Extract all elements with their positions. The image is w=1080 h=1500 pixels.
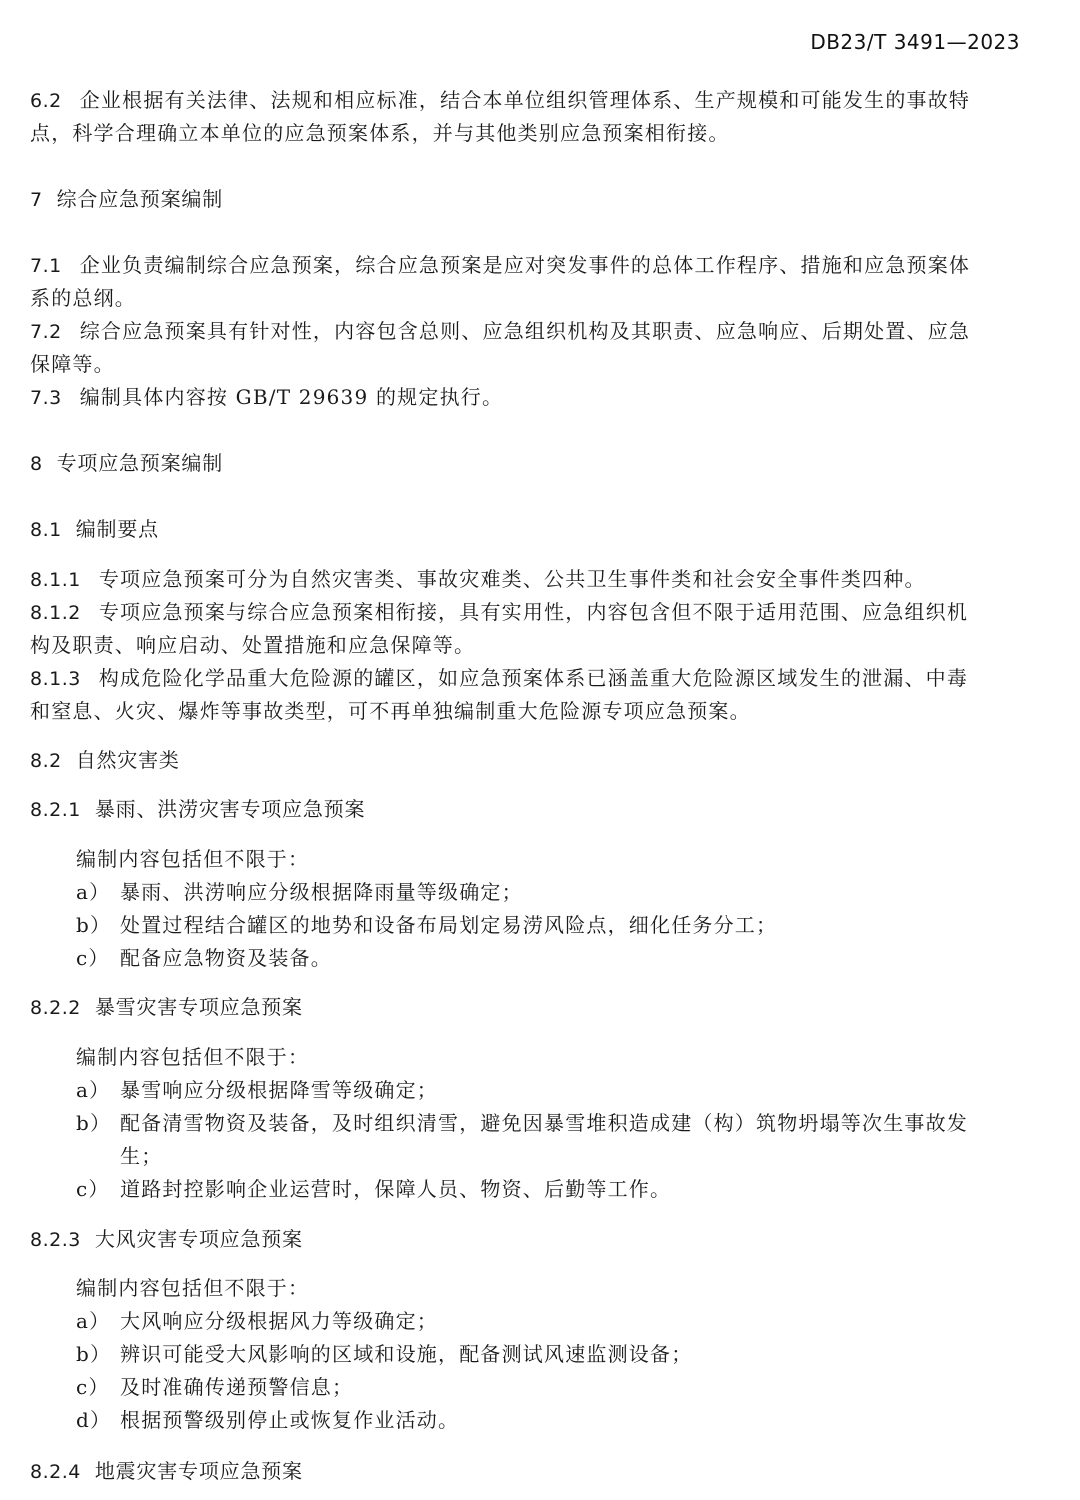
intro-text: 编制内容包括但不限于： [76,1041,309,1074]
list-item-text: 根据预警级别停止或恢复作业活动。 [120,1408,459,1432]
list-marker: a） [76,1074,120,1107]
clause-8-1-2-cont: 构及职责、响应启动、处置措施和应急保障等。 [30,629,475,662]
section-heading-8-2-4: 8.2.4地震灾害专项应急预案 [30,1455,303,1489]
clause-7-2: 7.2综合应急预案具有针对性，内容包含总则、应急组织机构及其职责、应急响应、后期… [30,315,970,349]
clause-7-1: 7.1企业负责编制综合应急预案，综合应急预案是应对突发事件的总体工作程序、措施和… [30,249,970,283]
list-item: b）配备清雪物资及装备，及时组织清雪，避免因暴雪堆积造成建（构）筑物坍塌等次生事… [76,1107,968,1140]
section-number: 8.2.3 [30,1224,81,1257]
section-title: 大风灾害专项应急预案 [95,1227,303,1251]
clause-number: 7.2 [30,316,62,349]
list-item-text: 道路封控影响企业运营时，保障人员、物资、后勤等工作。 [120,1177,671,1201]
clause-7-1-cont: 系的总纲。 [30,282,136,315]
section-heading-8-2: 8.2自然灾害类 [30,744,180,778]
clause-6-2-cont: 点，科学合理确立本单位的应急预案体系，并与其他类别应急预案相衔接。 [30,117,730,150]
list-item: b）处置过程结合罐区的地势和设备布局划定易涝风险点，细化任务分工； [76,909,777,942]
section-number: 7 [30,184,43,217]
list-marker: a） [76,876,120,909]
clause-text: 企业根据有关法律、法规和相应标准，结合本单位组织管理体系、生产规模和可能发生的事… [80,88,970,112]
list-item-text: 辨识可能受大风影响的区域和设施，配备测试风速监测设备； [120,1342,692,1366]
intro-text: 编制内容包括但不限于： [76,843,309,876]
list-marker: c） [76,1371,120,1404]
section-heading-8-2-2: 8.2.2暴雪灾害专项应急预案 [30,991,303,1025]
clause-8-1-2: 8.1.2专项应急预案与综合应急预案相衔接，具有实用性，内容包含但不限于适用范围… [30,596,968,630]
clause-number: 7.1 [30,250,62,283]
standard-code: DB23/T 3491—2023 [810,30,1020,54]
section-number: 8.2.2 [30,992,81,1025]
clause-8-1-3-cont: 和窒息、火灾、爆炸等事故类型，可不再单独编制重大危险源专项应急预案。 [30,695,751,728]
list-item-text: 配备应急物资及装备。 [120,946,332,970]
list-marker: c） [76,1173,120,1206]
section-title: 编制要点 [76,517,159,541]
list-marker: b） [76,909,120,942]
list-item: a）大风响应分级根据风力等级确定； [76,1305,438,1338]
clause-text: 构成危险化学品重大危险源的罐区，如应急预案体系已涵盖重大危险源区域发生的泄漏、中… [99,666,968,690]
clause-text: 专项应急预案与综合应急预案相衔接，具有实用性，内容包含但不限于适用范围、应急组织… [99,600,968,624]
clause-number: 8.1.3 [30,663,81,696]
intro-text: 编制内容包括但不限于： [76,1272,309,1305]
section-title: 专项应急预案编制 [57,451,223,475]
list-item: c）及时准确传递预警信息； [76,1371,353,1404]
list-item-text: 及时准确传递预警信息； [120,1375,353,1399]
section-number: 8 [30,448,43,481]
clause-number: 7.3 [30,382,62,415]
clause-number: 8.1.2 [30,597,81,630]
list-item-cont: 生； [120,1140,162,1173]
section-title: 暴雨、洪涝灾害专项应急预案 [95,797,365,821]
list-item-text: 暴雪响应分级根据降雪等级确定； [120,1078,438,1102]
section-number: 8.2.4 [30,1456,81,1489]
list-item-text: 配备清雪物资及装备，及时组织清雪，避免因暴雪堆积造成建（构）筑物坍塌等次生事故发 [120,1111,968,1135]
clause-8-1-1: 8.1.1专项应急预案可分为自然灾害类、事故灾难类、公共卫生事件类和社会安全事件… [30,563,926,597]
list-marker: d） [76,1404,120,1437]
list-item-text: 暴雨、洪涝响应分级根据降雨量等级确定； [120,880,523,904]
list-item: b）辨识可能受大风影响的区域和设施，配备测试风速监测设备； [76,1338,692,1371]
section-number: 8.2.1 [30,794,81,827]
list-marker: c） [76,942,120,975]
clause-text: 专项应急预案可分为自然灾害类、事故灾难类、公共卫生事件类和社会安全事件类四种。 [99,567,926,591]
section-number: 8.1 [30,514,62,547]
list-item: a）暴雪响应分级根据降雪等级确定； [76,1074,438,1107]
list-item: c）配备应急物资及装备。 [76,942,332,975]
list-item: c）道路封控影响企业运营时，保障人员、物资、后勤等工作。 [76,1173,671,1206]
document-page: DB23/T 3491—2023 6.2企业根据有关法律、法规和相应标准，结合本… [0,0,1080,1500]
section-title: 暴雪灾害专项应急预案 [95,995,303,1019]
clause-6-2: 6.2企业根据有关法律、法规和相应标准，结合本单位组织管理体系、生产规模和可能发… [30,84,970,118]
section-heading-8-2-3: 8.2.3大风灾害专项应急预案 [30,1223,303,1257]
list-item-text: 大风响应分级根据风力等级确定； [120,1309,438,1333]
clause-number: 6.2 [30,85,62,118]
clause-text: 企业负责编制综合应急预案，综合应急预案是应对突发事件的总体工作程序、措施和应急预… [80,253,970,277]
section-heading-7: 7综合应急预案编制 [30,183,223,217]
section-title: 综合应急预案编制 [57,187,223,211]
clause-7-3: 7.3编制具体内容按 GB/T 29639 的规定执行。 [30,381,503,415]
list-marker: b） [76,1107,120,1140]
section-heading-8: 8专项应急预案编制 [30,447,223,481]
section-title: 自然灾害类 [76,748,180,772]
list-item: a）暴雨、洪涝响应分级根据降雨量等级确定； [76,876,523,909]
list-item-text: 处置过程结合罐区的地势和设备布局划定易涝风险点，细化任务分工； [120,913,777,937]
section-number: 8.2 [30,745,62,778]
clause-7-2-cont: 保障等。 [30,348,115,381]
list-item: d）根据预警级别停止或恢复作业活动。 [76,1404,459,1437]
section-heading-8-1: 8.1编制要点 [30,513,159,547]
clause-text: 编制具体内容按 GB/T 29639 的规定执行。 [80,385,503,409]
clause-number: 8.1.1 [30,564,81,597]
section-heading-8-2-1: 8.2.1暴雨、洪涝灾害专项应急预案 [30,793,365,827]
section-title: 地震灾害专项应急预案 [95,1459,303,1483]
clause-text: 综合应急预案具有针对性，内容包含总则、应急组织机构及其职责、应急响应、后期处置、… [80,319,970,343]
clause-8-1-3: 8.1.3构成危险化学品重大危险源的罐区，如应急预案体系已涵盖重大危险源区域发生… [30,662,968,696]
list-marker: a） [76,1305,120,1338]
list-marker: b） [76,1338,120,1371]
